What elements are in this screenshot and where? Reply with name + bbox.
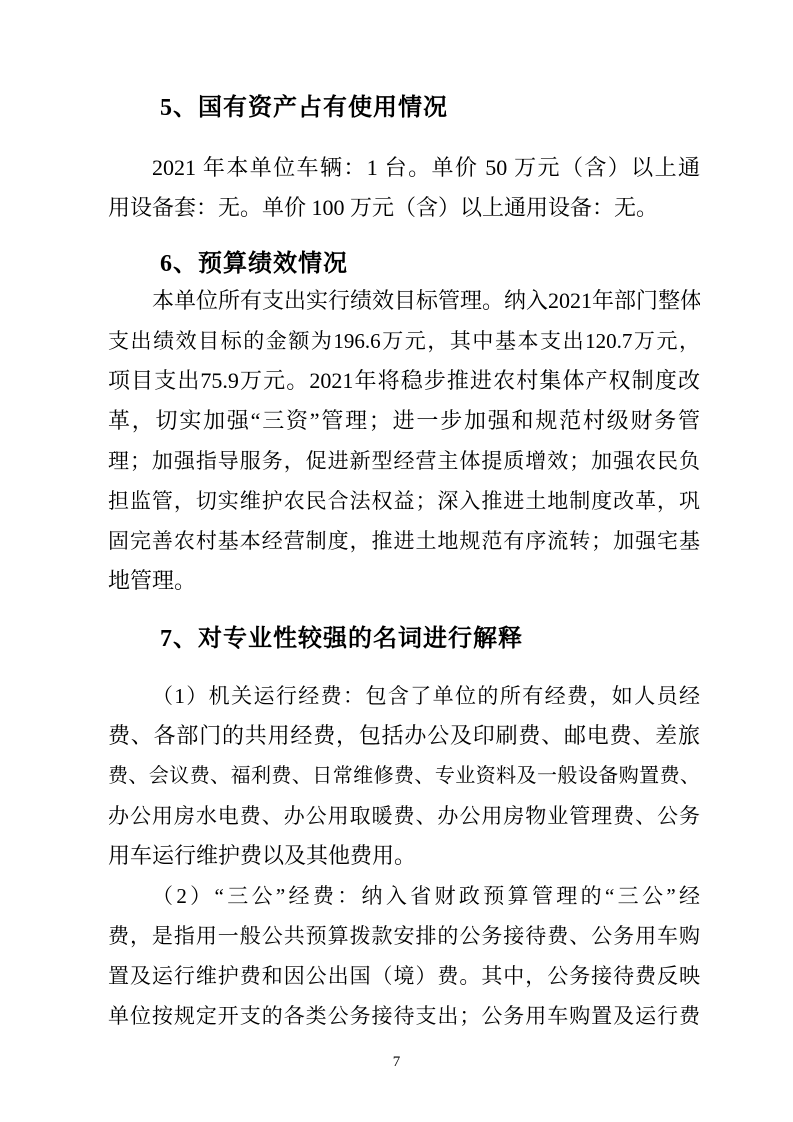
paragraph-line: 革，切实加强“三资”管理；进一步加强和规范村级财务管 [108, 401, 700, 441]
paragraph-line: 2021 年本单位车辆：1 台。单价 50 万元（含）以上通 [108, 148, 700, 188]
paragraph-line: 费、会议费、福利费、日常维修费、专业资料及一般设备购置费、 [108, 756, 700, 796]
paragraph-line: 理；加强指导服务，促进新型经营主体提质增效；加强农民负 [108, 441, 700, 481]
section-7-heading: 7、对专业性较强的名词进行解释 [160, 624, 700, 654]
page-number: 7 [0, 1052, 793, 1072]
paragraph-line: 单位按规定开支的各类公务接待支出；公务用车购置及运行费 [108, 996, 700, 1036]
paragraph-line: 办公用房水电费、办公用取暖费、办公用房物业管理费、公务 [108, 796, 700, 836]
document-page: 5、国有资产占有使用情况 2021 年本单位车辆：1 台。单价 50 万元（含）… [0, 0, 793, 1122]
section-7-paragraph-1: （1）机关运行经费：包含了单位的所有经费，如人员经 费、各部门的共用经费，包括办… [108, 676, 700, 876]
section-6-paragraph: 本单位所有支出实行绩效目标管理。纳入2021年部门整体 支出绩效目标的金额为19… [108, 281, 700, 601]
paragraph-line: 用设备套：无。单价 100 万元（含）以上通用设备：无。 [108, 188, 700, 228]
paragraph-line: 固完善农村基本经营制度，推进土地规范有序流转；加强宅基 [108, 521, 700, 561]
paragraph-line: 费、各部门的共用经费，包括办公及印刷费、邮电费、差旅 [108, 716, 700, 756]
section-5-heading: 5、国有资产占有使用情况 [160, 93, 700, 123]
section-6-heading: 6、预算绩效情况 [160, 249, 700, 279]
section-5-paragraph: 2021 年本单位车辆：1 台。单价 50 万元（含）以上通 用设备套：无。单价… [108, 148, 700, 228]
paragraph-line: 支出绩效目标的金额为196.6万元，其中基本支出120.7万元， [108, 321, 700, 361]
paragraph-line: 置及运行维护费和因公出国（境）费。其中，公务接待费反映 [108, 956, 700, 996]
paragraph-line: 地管理。 [108, 561, 700, 601]
paragraph-line: 本单位所有支出实行绩效目标管理。纳入2021年部门整体 [108, 281, 700, 321]
section-7-paragraph-2: （2）“三公”经费：纳入省财政预算管理的“三公”经 费，是指用一般公共预算拨款安… [108, 876, 700, 1036]
paragraph-line: （1）机关运行经费：包含了单位的所有经费，如人员经 [108, 676, 700, 716]
paragraph-line: 费，是指用一般公共预算拨款安排的公务接待费、公务用车购 [108, 916, 700, 956]
paragraph-line: 担监管，切实维护农民合法权益；深入推进土地制度改革，巩 [108, 481, 700, 521]
paragraph-line: 项目支出75.9万元。2021年将稳步推进农村集体产权制度改 [108, 361, 700, 401]
paragraph-line: （2）“三公”经费：纳入省财政预算管理的“三公”经 [108, 876, 700, 916]
paragraph-line: 用车运行维护费以及其他费用。 [108, 836, 700, 876]
